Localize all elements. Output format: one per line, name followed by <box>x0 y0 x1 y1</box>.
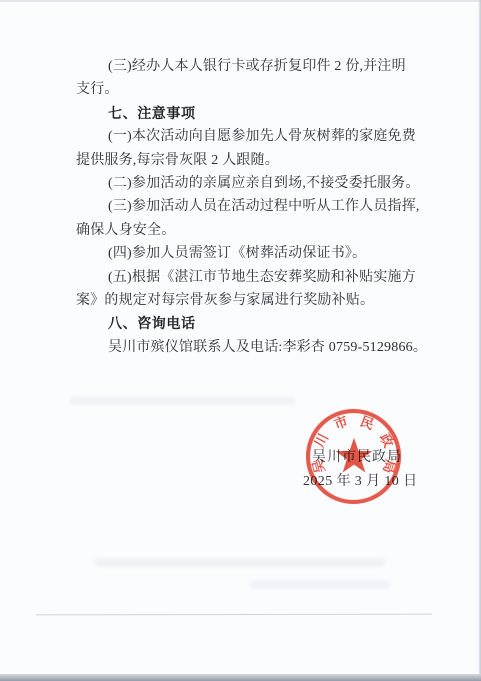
document-body: (三)经办人本人银行卡或存折复印件 2 份,并注明 支行。 七、注意事项 (一)… <box>76 55 438 359</box>
bleed-through-smudge <box>250 580 390 589</box>
paragraph-line: (三)经办人本人银行卡或存折复印件 2 份,并注明 <box>76 55 438 78</box>
paragraph-line: 确保人身安全。 <box>76 219 438 242</box>
scan-edge-top <box>0 0 481 2</box>
paragraph-line: 案》的规定对每宗骨灰参与家属进行奖励补贴。 <box>76 289 438 312</box>
paragraph-line: 支行。 <box>76 78 438 101</box>
scan-edge-bottom <box>0 674 481 681</box>
scanned-document-page: (三)经办人本人银行卡或存折复印件 2 份,并注明 支行。 七、注意事项 (一)… <box>0 0 481 681</box>
bleed-through-smudge <box>70 397 295 405</box>
section-heading: 八、咨询电话 <box>76 312 438 335</box>
bleed-through-smudge <box>95 558 385 567</box>
fold-crease <box>36 614 432 616</box>
paragraph-line: (五)根据《湛江市节地生态安葬奖励和补贴实施方 <box>76 266 438 289</box>
official-seal: 吴 川 市 民 政 局 <box>306 409 401 504</box>
paragraph-line: (四)参加人员需签订《树葬活动保证书》。 <box>76 242 438 265</box>
paragraph-line: 提供服务,每宗骨灰限 2 人跟随。 <box>76 149 438 172</box>
contact-line: 吴川市殡仪馆联系人及电话:李彩杏 0759-5129866。 <box>76 336 438 359</box>
seal-character: 吴 <box>309 456 329 476</box>
star-icon <box>334 437 374 477</box>
paragraph-line: (一)本次活动向自愿参加先人骨灰树葬的家庭免费 <box>76 125 438 148</box>
paragraph-line: (三)参加活动人员在活动过程中听从工作人员指挥, <box>76 195 438 218</box>
section-heading: 七、注意事项 <box>76 102 438 125</box>
seal-character: 局 <box>378 456 398 476</box>
paragraph-line: (二)参加活动的亲属应亲自到场,不接受委托服务。 <box>76 172 438 195</box>
